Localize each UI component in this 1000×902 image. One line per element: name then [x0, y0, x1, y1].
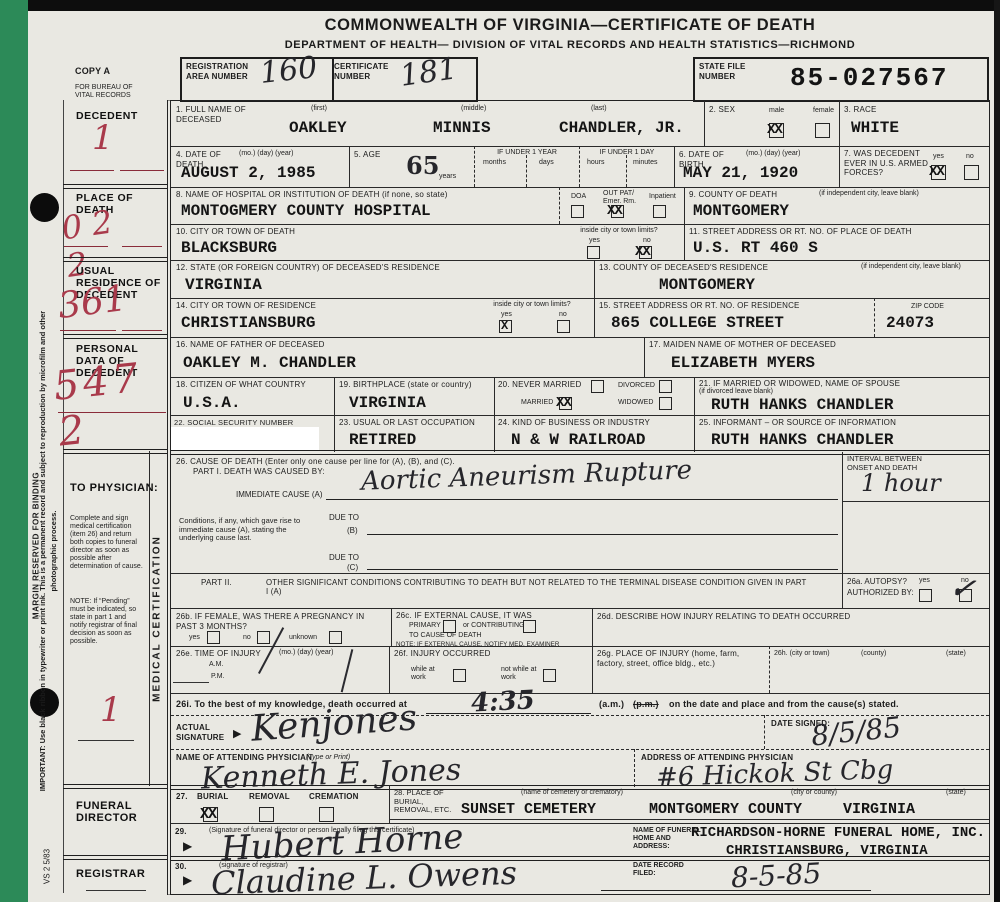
contributing-label: or CONTRIBUTING: [463, 622, 524, 630]
doa-label: DOA: [571, 193, 586, 201]
scan-top-band: [0, 0, 1000, 11]
pregnancy-no-label: no: [243, 634, 251, 642]
limits-no-mark: XX: [635, 244, 650, 260]
pregnancy-label: 26b. IF FEMALE, WAS THERE A PREGNANCY IN…: [176, 612, 376, 631]
grid-line: [842, 573, 843, 608]
place-of-injury-label: 26g. PLACE OF INJURY (home, farm, factor…: [597, 649, 757, 668]
father-label: 16. NAME OF FATHER OF DECEASED: [176, 340, 325, 350]
county-of-death-value: MONTGOMERY: [693, 202, 789, 220]
date-signed-value: 8/5/85: [810, 710, 903, 752]
grid-line: [391, 608, 392, 646]
male-label: male: [769, 107, 784, 115]
arrow-icon: ▶: [183, 873, 192, 887]
residence-city-value: CHRISTIANSBURG: [181, 314, 315, 332]
copy-label: COPY A: [75, 66, 110, 77]
full-name-label: 1. FULL NAME OF DECEASED: [176, 105, 246, 124]
while-at-work-checkbox: [453, 669, 466, 682]
cremation-checkbox: [319, 807, 334, 822]
time-line: [173, 682, 209, 683]
contributing-checkbox: [523, 620, 536, 633]
birthplace-value: VIRGINIA: [349, 394, 426, 412]
grid-line: [334, 377, 335, 415]
residence-limits-no-checkbox: [557, 320, 570, 333]
state-file-label: STATE FILE NUMBER: [699, 62, 759, 81]
pregnancy-yes-label: yes: [189, 634, 200, 642]
age-unit: years: [439, 173, 456, 181]
county-of-death-hint: (if independent city, leave blank): [819, 190, 919, 198]
grid-line: [684, 187, 685, 224]
section-to-physician: TO PHYSICIAN:: [70, 482, 158, 494]
grid-line: [334, 415, 335, 452]
due-to-b-label: DUE TO: [329, 513, 359, 522]
autopsy-authorized-label: AUTHORIZED BY:: [847, 588, 914, 597]
grid-line: [171, 823, 989, 824]
removal-label: REMOVAL: [249, 792, 290, 802]
city-of-death-value: BLACKSBURG: [181, 239, 277, 257]
residence-state-label: 12. STATE (OR FOREIGN COUNTRY) OF DECEAS…: [176, 263, 440, 273]
describe-injury-label: 26d. DESCRIBE HOW INJURY RELATING TO DEA…: [597, 612, 977, 622]
external-cause-note: NOTE: IF EXTERNAL CAUSE, NOTIFY MED. EXA…: [396, 641, 559, 648]
divorced-checkbox: [659, 380, 672, 393]
form-code: VS 2 5/83: [43, 837, 54, 897]
cemetery-hint: (name of cemetery or crematory): [521, 789, 623, 797]
removal-checkbox: [259, 807, 274, 822]
residence-county-label: 13. COUNTY OF DECEASED'S RESIDENCE: [599, 263, 768, 273]
zip-label: ZIP CODE: [911, 303, 944, 311]
grid-line: [494, 377, 495, 415]
red-underline: [64, 246, 108, 247]
street-of-death-label: 11. STREET ADDRESS OR RT. NO. OF PLACE O…: [689, 227, 912, 237]
actual-signature-label: ACTUAL SIGNATURE: [176, 723, 236, 742]
grid-line: [674, 146, 675, 187]
pregnancy-yes-checkbox: [207, 631, 220, 644]
injury-city-label: 26h. (city or town): [774, 650, 830, 658]
grid-line: [644, 337, 645, 377]
underline: [601, 890, 871, 891]
street-of-death-value: U.S. RT 460 S: [693, 239, 818, 257]
certificate-number-box: CERTIFICATE NUMBER 181: [330, 57, 478, 102]
middle-hint: (middle): [461, 105, 486, 113]
cremation-label: CREMATION: [309, 792, 359, 802]
armed-no-checkbox: [964, 165, 979, 180]
hours-label: hours: [587, 159, 605, 167]
outpatient-mark: XX: [607, 203, 622, 219]
grid-line: [684, 224, 685, 260]
scan-right-edge: [994, 0, 1000, 360]
armed-yes-label: yes: [933, 153, 944, 161]
not-while-at-work-label: not while at work: [501, 666, 537, 682]
immediate-cause-label: IMMEDIATE CAUSE (A): [236, 490, 323, 499]
grid-line: [764, 715, 765, 749]
limits-yes-label: yes: [589, 237, 600, 245]
cause-a-line: [326, 499, 838, 500]
punch-hole: [30, 193, 59, 222]
residence-city-label: 14. CITY OR TOWN OF RESIDENCE: [176, 301, 316, 311]
date-of-death-hints: (mo.) (day) (year): [239, 150, 293, 158]
date-filed-value: 8-5-85: [730, 857, 822, 895]
widowed-label: WIDOWED: [618, 399, 653, 407]
while-at-work-label: while at work: [411, 666, 441, 682]
grid-line: [171, 298, 989, 299]
funeral-home-name: RICHARDSON-HORNE FUNERAL HOME, INC.: [691, 825, 985, 841]
part2-text: OTHER SIGNIFICANT CONDITIONS CONTRIBUTIN…: [266, 578, 811, 597]
left-section-column: DECEDENT 1 PLACE OF DEATH 02 2 USUAL RES…: [63, 100, 168, 893]
never-married-label: 20. NEVER MARRIED: [498, 380, 581, 390]
am-indicator: (a.m.): [599, 699, 624, 710]
hospital-label: 8. NAME OF HOSPITAL OR INSTITUTION OF DE…: [176, 190, 556, 200]
burial-city-hint: (city or county): [791, 789, 837, 797]
race-label: 3. RACE: [844, 105, 877, 115]
red-underline: [60, 330, 116, 331]
grid-line: [839, 146, 840, 187]
mother-label: 17. MAIDEN NAME OF MOTHER OF DECEASED: [649, 340, 836, 350]
city-of-death-label: 10. CITY OR TOWN OF DEATH: [176, 227, 295, 237]
to-physician-instructions: Complete and sign medical certification …: [70, 515, 144, 571]
female-checkbox: [815, 123, 830, 138]
pregnancy-no-checkbox: [257, 631, 270, 644]
grid-line: [592, 646, 593, 693]
citizen-value: U.S.A.: [183, 394, 241, 412]
months-label: months: [483, 159, 506, 167]
grid-line: [171, 608, 989, 609]
date-of-birth-hints: (mo.) (day) (year): [746, 150, 800, 158]
birthplace-label: 19. BIRTHPLACE (state or country): [339, 380, 489, 390]
conditions-note: Conditions, if any, which gave rise to i…: [179, 517, 309, 543]
autopsy-label: 26a. AUTOPSY?: [847, 577, 907, 586]
grid-line: [526, 155, 527, 187]
section-divider: [63, 184, 168, 189]
grid-line: [171, 337, 989, 338]
injury-county-label: (county): [861, 650, 886, 658]
red-underline: [120, 170, 164, 171]
grid-line: [474, 146, 475, 187]
widowed-checkbox: [659, 397, 672, 410]
state-file-number: 85-027567: [790, 63, 948, 93]
grid-line: [559, 187, 560, 224]
grid-line: [389, 819, 989, 820]
underline: [86, 890, 146, 891]
cause-b-line: [367, 534, 838, 535]
grid-line: [594, 298, 595, 337]
married-label: MARRIED: [521, 399, 553, 407]
red-underline: [58, 412, 166, 413]
grid-line: [839, 101, 840, 146]
certificate-subtitle: DEPARTMENT OF HEALTH— DIVISION OF VITAL …: [160, 39, 980, 51]
section-divider: [63, 784, 168, 789]
certificate-number-label: CERTIFICATE NUMBER: [334, 62, 404, 81]
grid-line: [349, 146, 350, 187]
ssn-redaction: [171, 427, 319, 451]
date-filed-label: DATE RECORD FILED:: [633, 862, 693, 878]
certificate-number-value: 181: [398, 51, 460, 94]
grid-line: [592, 608, 593, 646]
zip-value: 24073: [886, 314, 934, 332]
red-underline: [78, 740, 134, 741]
code-residence: 361: [56, 278, 129, 327]
c-hint: (C): [347, 563, 358, 572]
red-underline: [122, 330, 162, 331]
never-married-checkbox: [591, 380, 604, 393]
days-label: days: [539, 159, 554, 167]
autopsy-yes-checkbox: [919, 589, 932, 602]
registrar-num: 30.: [175, 862, 187, 872]
code-decedent: 1: [92, 118, 114, 158]
hospital-value: MONTOGMERY COUNTY HOSPITAL: [181, 202, 431, 220]
under-1-day-label: IF UNDER 1 DAY: [583, 149, 671, 157]
certificate-title: COMMONWEALTH OF VIRGINIA—CERTIFICATE OF …: [160, 16, 980, 35]
residence-street-label: 15. STREET ADDRESS OR RT. NO. OF RESIDEN…: [599, 301, 800, 311]
residence-limits-yes-mark: X: [501, 319, 507, 333]
disposition-num: 27.: [176, 792, 188, 802]
citizen-label: 18. CITIZEN OF WHAT COUNTRY: [176, 380, 306, 390]
grid-line: [171, 693, 989, 694]
married-mark: XX: [556, 395, 571, 411]
grid-line: [842, 452, 843, 573]
time-of-death-value: 4:35: [470, 685, 535, 718]
armed-no-label: no: [966, 153, 974, 161]
grid-line: [171, 377, 989, 378]
limits-question: inside city or town limits?: [559, 227, 679, 235]
copy-for-label: FOR BUREAU OF VITAL RECORDS: [75, 84, 145, 100]
autopsy-yes-label: yes: [919, 577, 930, 585]
inpatient-checkbox: [653, 205, 666, 218]
occupation-label: 23. USUAL OR LAST OCCUPATION: [339, 418, 475, 428]
under-1-year-label: IF UNDER 1 YEAR: [481, 149, 573, 157]
red-underline: [70, 170, 114, 171]
section-divider: [63, 334, 168, 339]
section-divider: [63, 855, 168, 860]
registration-area-label: REGISTRATION AREA NUMBER: [186, 62, 266, 81]
residence-limits-no-label: no: [559, 311, 567, 319]
section-divider: [63, 257, 168, 262]
grid-line: [842, 501, 989, 502]
residence-county-hint: (if independent city, leave blank): [861, 263, 961, 271]
injury-occurred-label: 26f. INJURY OCCURRED: [394, 649, 491, 659]
date-of-birth-value: MAY 21, 1920: [683, 164, 798, 182]
burial-mark: XX: [200, 806, 216, 823]
death-occurred-post: on the date and place and from the cause…: [669, 699, 899, 710]
residence-limits-question: inside city or town limits?: [471, 301, 593, 309]
armed-yes-mark: XX: [929, 164, 944, 180]
grid-line: [171, 573, 989, 574]
grid-line: [171, 187, 989, 188]
cause-c-line: [367, 569, 838, 570]
limits-yes-checkbox: [587, 246, 600, 259]
external-cause-label: 26c. IF EXTERNAL CAUSE, IT WAS: [396, 611, 532, 621]
registration-area-value: 160: [258, 50, 319, 91]
grid-line: [694, 377, 695, 415]
am-label: A.M.: [209, 661, 223, 669]
section-funeral-director: FUNERAL DIRECTOR: [76, 800, 156, 824]
female-label: female: [813, 107, 834, 115]
industry-value: N & W RAILROAD: [511, 431, 645, 449]
middle-name-value: MINNIS: [433, 119, 491, 137]
grid-line: [389, 646, 390, 693]
dashed-divider: [171, 749, 989, 750]
grid-line: [594, 260, 595, 298]
grid-line: [171, 224, 989, 225]
due-to-c-label: DUE TO: [329, 553, 359, 562]
county-of-death-label: 9. COUNTY OF DEATH: [689, 190, 777, 200]
first-hint: (first): [311, 105, 327, 113]
age-value: 65: [406, 151, 439, 180]
place-of-burial-label: 28. PLACE OF BURIAL, REMOVAL, ETC.: [394, 789, 454, 815]
time-of-injury-label: 26e. TIME OF INJURY: [176, 649, 261, 659]
age-label: 5. AGE: [354, 150, 381, 160]
section-registrar: REGISTRAR: [76, 868, 145, 880]
burial-state-hint: (state): [946, 789, 966, 797]
industry-label: 24. KIND OF BUSINESS OR INDUSTRY: [498, 418, 650, 428]
grid-line: [874, 298, 875, 337]
informant-label: 25. INFORMANT – OR SOURCE OF INFORMATION: [699, 418, 896, 428]
last-hint: (last): [591, 105, 607, 113]
divorced-label: DIVORCED: [618, 382, 655, 390]
death-certificate-scan: { "page": { "title": "COMMONWEALTH OF VI…: [0, 0, 1000, 902]
code-to-physician: 1: [100, 690, 122, 730]
grid-line: [626, 155, 627, 187]
grid-line: [389, 785, 390, 823]
sex-label: 2. SEX: [709, 105, 735, 115]
not-while-at-work-checkbox: [543, 669, 556, 682]
date-of-death-value: AUGUST 2, 1985: [181, 164, 315, 182]
primary-label: PRIMARY: [409, 622, 441, 630]
grid-line: [694, 415, 695, 452]
autopsy-no-mark: ✓: [946, 567, 978, 608]
funeral-sig-num: 29.: [175, 827, 187, 837]
armed-forces-label: 7. WAS DECEDENT EVER IN U.S. ARMED FORCE…: [844, 149, 932, 178]
pm-label: P.M.: [211, 673, 225, 681]
race-value: WHITE: [851, 119, 899, 137]
to-physician-note: NOTE: If “Pending” must be indicated, so…: [70, 598, 144, 646]
binding-green-strip: [0, 0, 28, 902]
spouse-hint: (if divorced leave blank): [699, 388, 773, 396]
residence-street-value: 865 COLLEGE STREET: [611, 314, 784, 332]
minutes-label: minutes: [633, 159, 658, 167]
grid-line: [171, 260, 989, 261]
ssn-label: 22. SOCIAL SECURITY NUMBER: [174, 418, 334, 427]
burial-label: BURIAL: [197, 792, 228, 802]
b-hint: (B): [347, 526, 358, 535]
mother-value: ELIZABETH MYERS: [671, 354, 815, 372]
section-divider: [171, 856, 989, 861]
residence-limits-yes-label: yes: [501, 311, 512, 319]
registration-area-box: REGISTRATION AREA NUMBER 160: [180, 57, 334, 102]
grid-line: [769, 646, 770, 693]
to-cause-label: TO CAUSE OF DEATH: [409, 632, 481, 640]
last-name-value: CHANDLER, JR.: [559, 119, 684, 137]
injury-state-label: (state): [946, 650, 966, 658]
medical-certification-vertical-label: MEDICAL CERTIFICATION: [152, 489, 165, 749]
spouse-value: RUTH HANKS CHANDLER: [711, 396, 893, 414]
form-grid: 1. FULL NAME OF DECEASED (first) (middle…: [167, 100, 990, 895]
grid-line: [171, 146, 989, 147]
grid-line: [704, 101, 705, 146]
part1-label: PART I. DEATH WAS CAUSED BY:: [193, 467, 325, 477]
pm-indicator-struck: (p.m.): [633, 699, 659, 710]
inpatient-label: Inpatient: [649, 193, 676, 201]
grid-line: [171, 415, 989, 416]
residence-county-value: MONTGOMERY: [659, 276, 755, 294]
arrow-icon: ▶: [233, 727, 241, 740]
interval-value: 1 hour: [861, 469, 941, 497]
cemetery-value: SUNSET CEMETERY: [461, 801, 596, 818]
doa-checkbox: [571, 205, 584, 218]
red-underline: [122, 246, 162, 247]
state-file-box: STATE FILE NUMBER 85-027567: [693, 57, 989, 102]
medical-cert-divider: [149, 451, 150, 786]
informant-value: RUTH HANKS CHANDLER: [711, 431, 893, 449]
occupation-value: RETIRED: [349, 431, 416, 449]
part2-label: PART II.: [201, 578, 232, 588]
arrow-icon: ▶: [183, 839, 192, 853]
residence-state-value: VIRGINIA: [185, 276, 262, 294]
grid-line: [494, 415, 495, 452]
burial-state-value: VIRGINIA: [843, 801, 915, 818]
male-check-mark: XX: [767, 122, 782, 138]
pregnancy-unknown-checkbox: [329, 631, 342, 644]
handwritten-slash: [341, 649, 356, 693]
section-divider: [63, 449, 168, 454]
grid-line: [634, 749, 635, 787]
father-value: OAKLEY M. CHANDLER: [183, 354, 356, 372]
burial-city-value: MONTGOMERY COUNTY: [649, 801, 802, 818]
code-personal-data: 547 2: [51, 352, 172, 455]
first-name-value: OAKLEY: [289, 119, 347, 137]
grid-line: [579, 146, 580, 187]
